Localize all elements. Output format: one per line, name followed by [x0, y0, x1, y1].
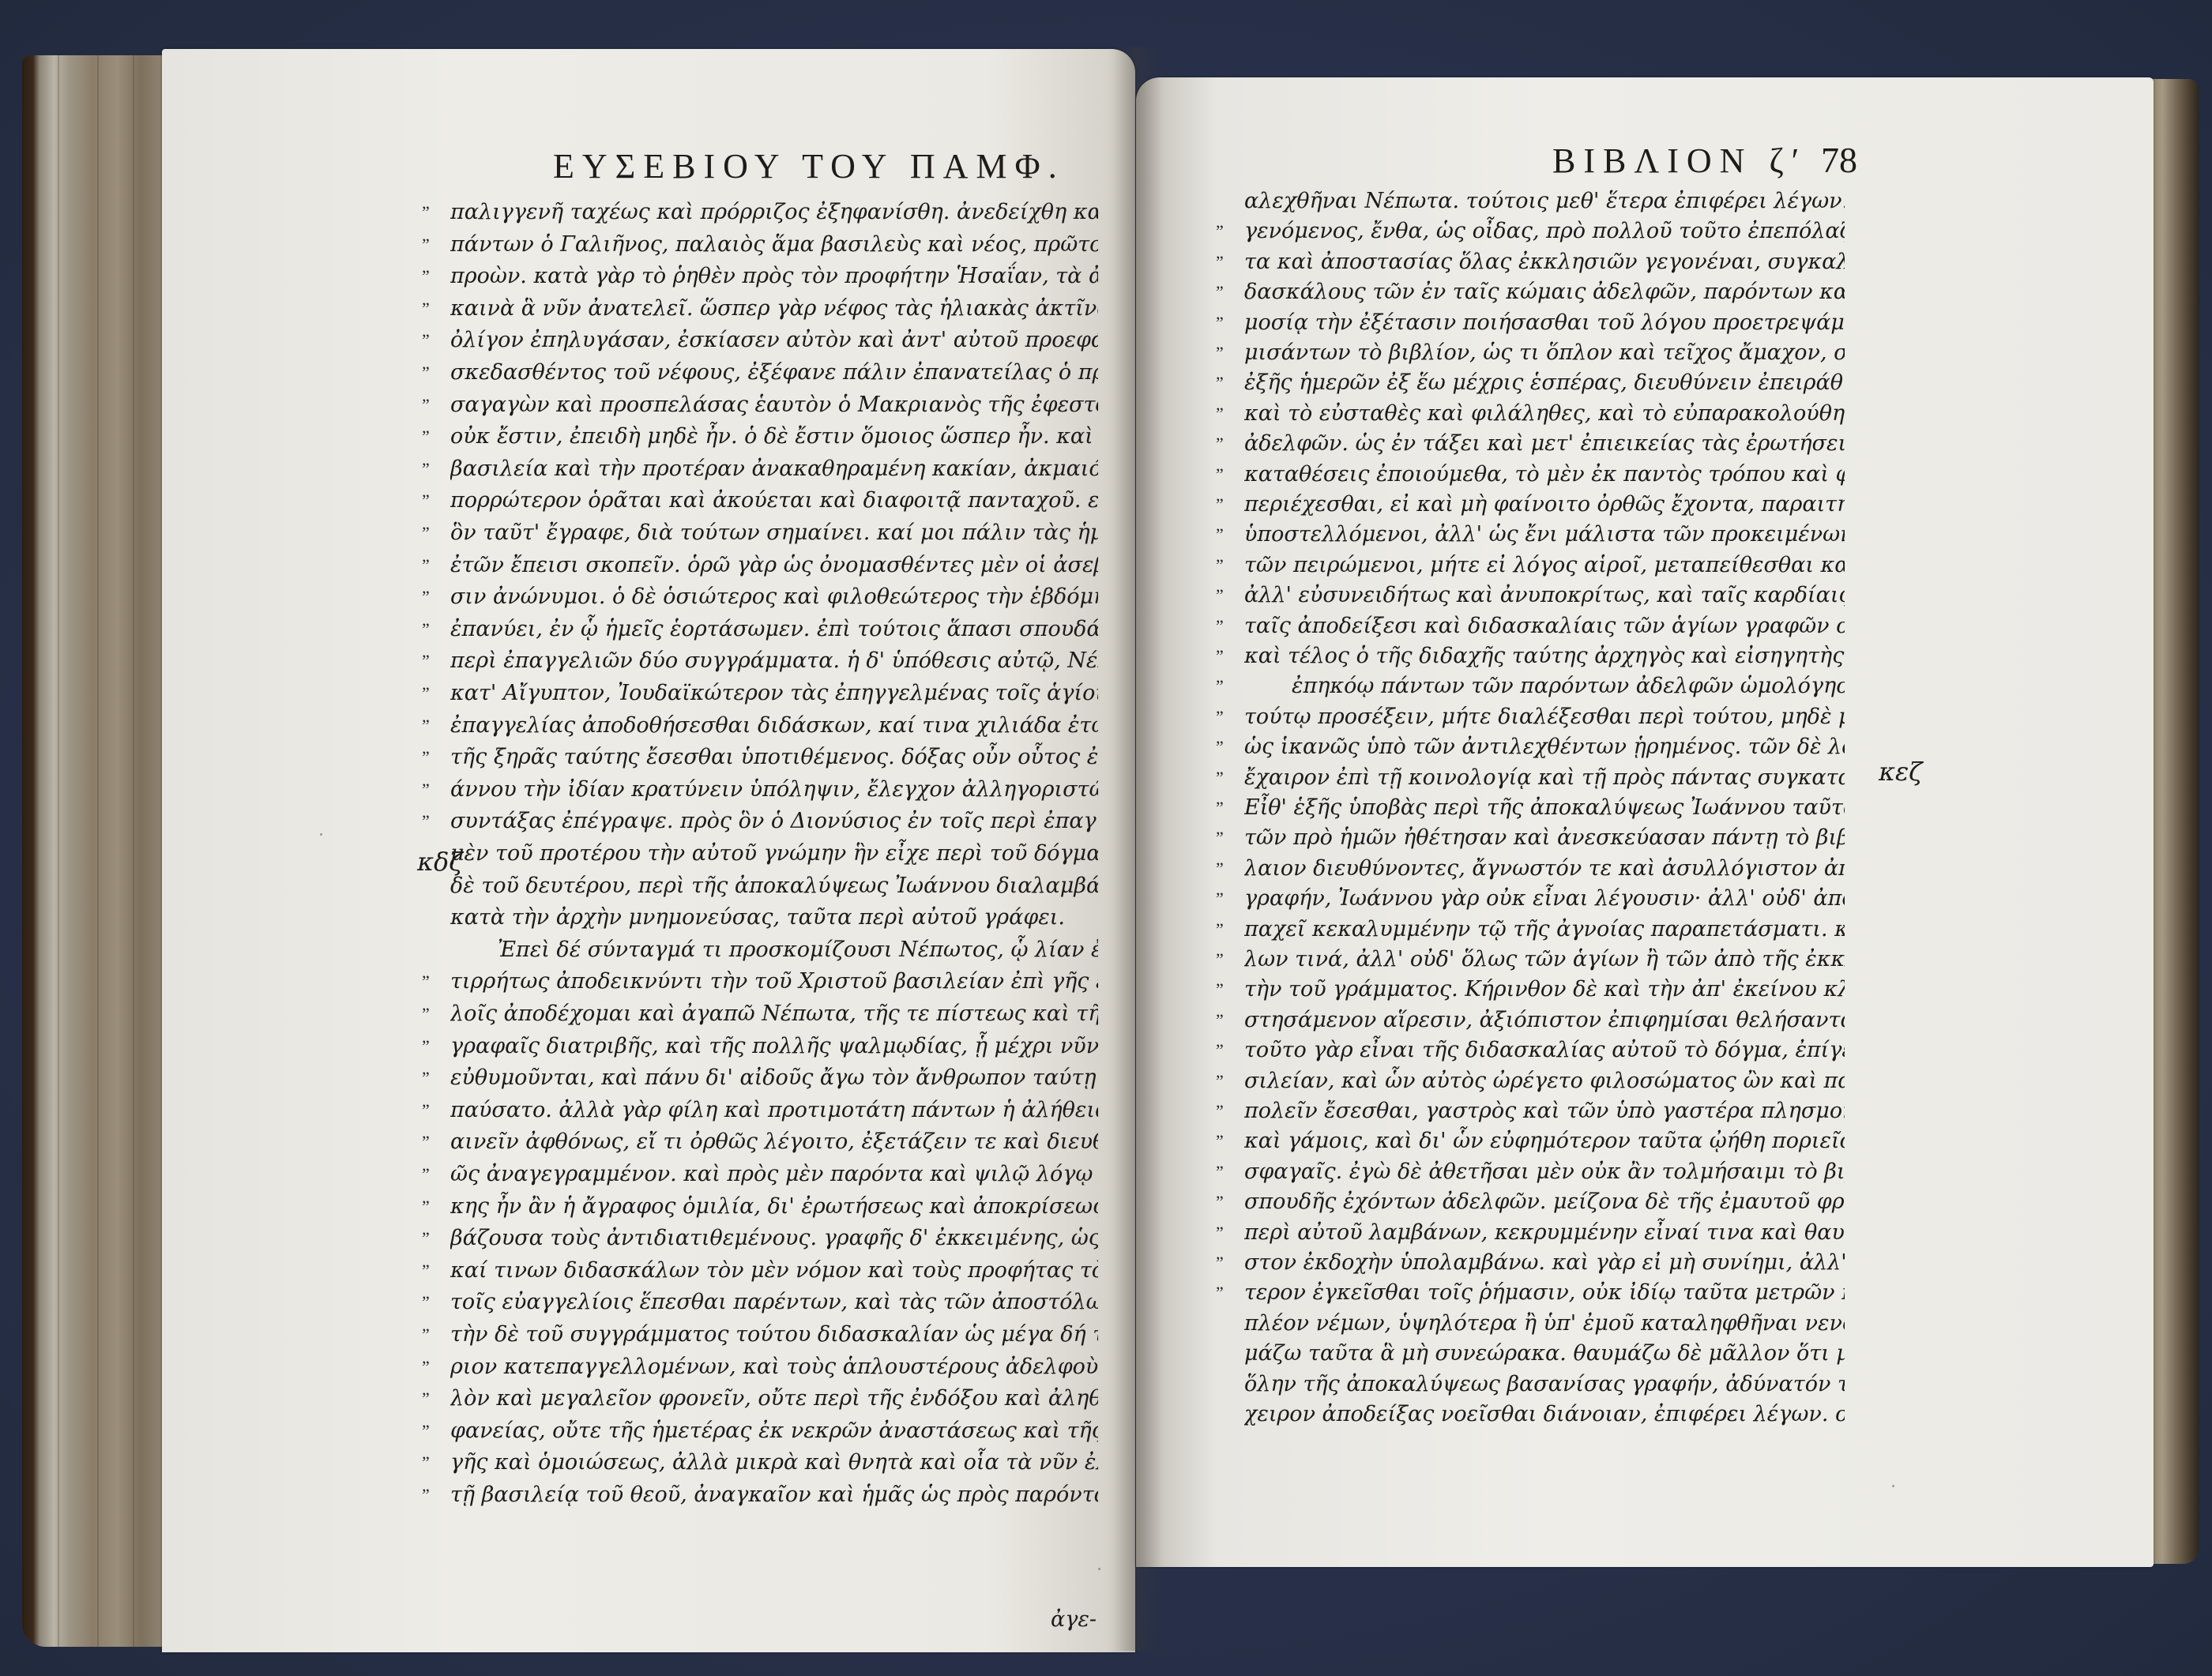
quotation-mark-icon: ” — [1216, 1278, 1224, 1308]
quotation-mark-icon: ” — [1216, 368, 1224, 398]
quotation-mark-icon: ” — [1216, 611, 1224, 641]
text-line: βάζουσα τοὺς ἀντιδιατιθεμένους. γραφῆς δ… — [450, 1223, 1098, 1253]
text-line: σαγαγὼν καὶ προσπελάσας ἑαυτὸν ὁ Μακριαν… — [450, 390, 1098, 420]
quotation-mark-icon: ” — [422, 775, 430, 805]
text-line: ἀδελφῶν. ὡς ἐν τάξει καὶ μετ' ἐπιεικείας… — [1244, 429, 1845, 459]
text-line: ταῖς ἀποδείξεσι καὶ διδασκαλίαις τῶν ἁγί… — [1244, 611, 1845, 641]
quotation-mark-icon: ” — [1216, 429, 1224, 459]
quotation-mark-icon: ” — [422, 261, 430, 291]
text-line: περιέχεσθαι, εἰ καὶ μὴ φαίνοιτο ὀρθῶς ἔχ… — [1244, 490, 1845, 520]
quotation-mark-icon: ” — [422, 1063, 430, 1093]
quotation-mark-icon: ” — [1216, 1157, 1224, 1187]
text-line: τῆς ξηρᾶς ταύτης ἔσεσθαι ὑποτιθέμενος. δ… — [450, 742, 1098, 772]
quotation-mark-icon: ” — [1216, 945, 1224, 975]
text-line: ριον κατεπαγγελλομένων, καὶ τοὺς ἁπλουστ… — [450, 1352, 1098, 1382]
text-line: μισάντων τὸ βιβλίον, ὡς τι ὅπλον καὶ τεῖ… — [1244, 338, 1845, 368]
quotation-mark-icon: ” — [1216, 1096, 1224, 1126]
text-line: περὶ ἐπαγγελιῶν δύο συγγράμματα. ἡ δ' ὑπ… — [450, 646, 1098, 676]
quotation-mark-icon: ” — [422, 1480, 430, 1510]
text-line: τῇ βασιλείᾳ τοῦ θεοῦ, ἀναγκαῖον καὶ ἡμᾶς… — [450, 1480, 1098, 1510]
text-line: σπουδῆς ἐχόντων ἀδελφῶν. μείζονα δὲ τῆς … — [1244, 1187, 1845, 1217]
quotation-mark-icon: ” — [1216, 1035, 1224, 1065]
text-line: ἐπανύει, ἐν ᾧ ἡμεῖς ἑορτάσωμεν. ἐπὶ τούτ… — [450, 614, 1098, 644]
paper-speck — [320, 833, 322, 836]
text-line: μὲν τοῦ προτέρου τὴν αὐτοῦ γνώμην ἣν εἶχ… — [450, 839, 1098, 869]
text-line: τὴν τοῦ γράμματος. Κήρινθον δὲ καὶ τὴν ἀ… — [1244, 975, 1845, 1005]
text-line: ὅλην τῆς ἀποκαλύψεως βασανίσας γραφήν, ἀ… — [1244, 1370, 1845, 1400]
left-running-head: ΕΥΣΕΒΙΟΥ ΤΟΥ ΠΑΜΦ. — [553, 146, 1065, 186]
quotation-mark-icon: ” — [422, 454, 430, 484]
quotation-mark-icon: ” — [1216, 216, 1224, 246]
right-text-block: αλεχθῆναι Νέπωτα. τούτοις μεθ' ἕτερα ἐπι… — [1244, 186, 1845, 1450]
text-line: λὸν καὶ μεγαλεῖον φρονεῖν, οὔτε περὶ τῆς… — [450, 1384, 1098, 1414]
quotation-mark-icon: ” — [422, 551, 430, 581]
quotation-mark-icon: ” — [422, 967, 430, 997]
text-line: στον ἐκδοχὴν ὑπολαμβάνω. καὶ γὰρ εἰ μὴ σ… — [1244, 1248, 1845, 1278]
quotation-mark-icon: ” — [422, 518, 430, 548]
text-line: λων τινά, ἀλλ' οὐδ' ὅλως τῶν ἁγίων ἢ τῶν… — [1244, 945, 1845, 975]
quotation-mark-icon: ” — [422, 1192, 430, 1222]
quotation-mark-icon: ” — [1216, 1187, 1224, 1217]
text-line: παχεῖ κεκαλυμμένην τῷ τῆς ἀγνοίας παραπε… — [1244, 915, 1845, 945]
quotation-mark-icon: ” — [1216, 581, 1224, 611]
quotation-mark-icon: ” — [422, 582, 430, 612]
text-line: φανείας, οὔτε τῆς ἡμετέρας ἐκ νεκρῶν ἀνα… — [450, 1416, 1098, 1446]
text-line: σιν ἀνώνυμοι. ὁ δὲ ὁσιώτερος καὶ φιλοθεώ… — [450, 582, 1098, 612]
text-line: στησάμενον αἵρεσιν, ἀξιόπιστον ἐπιφημίσα… — [1244, 1005, 1845, 1035]
right-fore-edge — [2150, 79, 2199, 1564]
quotation-mark-icon: ” — [1216, 1005, 1224, 1035]
quotation-mark-icon: ” — [422, 614, 430, 644]
text-line: ὀλίγον ἐπηλυγάσαν, ἐσκίασεν αὐτὸν καὶ ἀν… — [450, 325, 1098, 355]
text-line: καὶ γάμοις, καὶ δι' ὧν εὐφημότερον ταῦτα… — [1244, 1126, 1845, 1156]
gutter — [1114, 47, 1161, 1651]
left-text-block: παλιγγενῆ ταχέως καὶ πρόρριζος ἐξηφανίσθ… — [450, 197, 1098, 1619]
quotation-mark-icon: ” — [1216, 520, 1224, 550]
text-line: ἀλλ' εὐσυνειδήτως καὶ ἀνυποκρίτως, καὶ τ… — [1244, 581, 1845, 611]
quotation-mark-icon: ” — [422, 197, 430, 227]
quotation-mark-icon: ” — [1216, 338, 1224, 368]
quotation-mark-icon: ” — [422, 486, 430, 516]
text-line: προὼν. κατὰ γὰρ τὸ ῥηθὲν πρὸς τὸν προφήτ… — [450, 261, 1098, 291]
text-line: σιλείαν, καὶ ὧν αὐτὸς ὠρέγετο φιλοσώματο… — [1244, 1066, 1845, 1096]
quotation-mark-icon: ” — [1216, 551, 1224, 581]
quotation-mark-icon: ” — [422, 678, 430, 708]
text-line: τιρρήτως ἀποδεικνύντι τὴν τοῦ Χριστοῦ βα… — [450, 967, 1098, 997]
text-line: ἐπαγγελίας ἀποδοθήσεσθαι διδάσκων, καί τ… — [450, 711, 1098, 741]
quotation-mark-icon: ” — [422, 1320, 430, 1350]
quotation-mark-icon: ” — [1216, 1066, 1224, 1096]
text-line: τερον ἐγκεῖσθαι τοῖς ῥήμασιν, οὐκ ἰδίῳ τ… — [1244, 1278, 1845, 1308]
quotation-mark-icon: ” — [1216, 884, 1224, 914]
text-line: τὴν δὲ τοῦ συγγράμματος τούτου διδασκαλί… — [450, 1320, 1098, 1350]
quotation-mark-icon: ” — [422, 1352, 430, 1382]
quotation-mark-icon: ” — [422, 1287, 430, 1317]
text-line: γενόμενος, ἔνθα, ὡς οἶδας, πρὸ πολλοῦ το… — [1244, 216, 1845, 246]
quotation-mark-icon: ” — [1216, 975, 1224, 1005]
quotation-mark-icon: ” — [1216, 1248, 1224, 1278]
quotation-mark-icon: ” — [422, 294, 430, 324]
quotation-mark-icon: ” — [1216, 854, 1224, 884]
text-line: οὐκ ἔστιν, ἐπειδὴ μηδὲ ἦν. ὁ δὲ ἔστιν ὅμ… — [450, 422, 1098, 452]
text-line: γῆς καὶ ὁμοιώσεως, ἀλλὰ μικρὰ καὶ θνητὰ … — [450, 1448, 1098, 1478]
text-line: τούτῳ προσέξειν, μήτε διαλέξεσθαι περὶ τ… — [1244, 702, 1845, 732]
text-line: ἐξῆς ἡμερῶν ἐξ ἕω μέχρις ἑσπέρας, διευθύ… — [1244, 368, 1845, 398]
text-line: πορρώτερον ὁρᾶται καὶ ἀκούεται καὶ διαφο… — [450, 486, 1098, 516]
quotation-mark-icon: ” — [422, 646, 430, 676]
paper-speck — [1098, 1568, 1100, 1570]
quotation-mark-icon: ” — [422, 1416, 430, 1446]
quotation-mark-icon: ” — [422, 742, 430, 772]
text-line: λαιον διευθύνοντες, ἄγνωστόν τε καὶ ἀσυλ… — [1244, 854, 1845, 884]
right-margin-note: κεζ — [1879, 757, 1923, 787]
text-line: γραφαῖς διατριβῆς, καὶ τῆς πολλῆς ψαλμῳδ… — [450, 1032, 1098, 1062]
text-line: τῶν πρὸ ἡμῶν ἠθέτησαν καὶ ἀνεσκεύασαν πά… — [1244, 823, 1845, 853]
quotation-mark-icon: ” — [1216, 247, 1224, 277]
text-line: κατὰ τὴν ἀρχὴν μνημονεύσας, ταῦτα περὶ α… — [450, 903, 1098, 933]
text-line: τοῖς εὐαγγελίοις ἕπεσθαι παρέντων, καὶ τ… — [450, 1287, 1098, 1317]
text-line: περὶ αὐτοῦ λαμβάνων, κεκρυμμένην εἶναί τ… — [1244, 1218, 1845, 1248]
quotation-mark-icon: ” — [1216, 308, 1224, 338]
text-line: πλέον νέμων, ὑψηλότερα ἢ ὑπ' ἐμοῦ καταλη… — [1244, 1309, 1845, 1339]
quotation-mark-icon: ” — [422, 1095, 430, 1125]
quotation-mark-icon: ” — [422, 358, 430, 388]
text-line: ὑποστελλόμενοι, ἀλλ' ὡς ἔνι μάλιστα τῶν … — [1244, 520, 1845, 550]
text-line: ὃν ταῦτ' ἔγραφε, διὰ τούτων σημαίνει. κα… — [450, 518, 1098, 548]
quotation-mark-icon: ” — [1216, 793, 1224, 823]
text-line: μάζω ταῦτα ἃ μὴ συνεώρακα. θαυμάζω δὲ μᾶ… — [1244, 1339, 1845, 1369]
text-line: βασιλεία καὶ τὴν προτέραν ἀνακαθηραμένη … — [450, 454, 1098, 484]
text-line: παύσατο. ἀλλὰ γὰρ φίλη καὶ προτιμοτάτη π… — [450, 1095, 1098, 1125]
paper-speck — [1892, 1485, 1894, 1487]
left-margin-note: κδζ — [417, 847, 463, 877]
text-line: Ἐπεὶ δέ σύνταγμά τι προσκομίζουσι Νέπωτο… — [450, 935, 1098, 965]
text-line: ῶς ἀναγεγραμμένον. καὶ πρὸς μὲν παρόντα … — [450, 1159, 1098, 1189]
text-line: κατ' Αἴγυπτον, Ἰουδαϊκώτερον τὰς ἐπηγγελ… — [450, 678, 1098, 708]
quotation-mark-icon: ” — [422, 1448, 430, 1478]
quotation-mark-icon: ” — [1216, 732, 1224, 762]
quotation-mark-icon: ” — [422, 390, 430, 420]
catchword: ἀγε- — [1051, 1607, 1097, 1632]
quotation-mark-icon: ” — [1216, 277, 1224, 307]
quotation-mark-icon: ” — [422, 1127, 430, 1157]
text-line: καὶ τὸ εὐσταθὲς καὶ φιλάληθες, καὶ τὸ εὐ… — [1244, 399, 1845, 429]
text-line: καὶ τέλος ὁ τῆς διδαχῆς ταύτης ἀρχηγὸς κ… — [1244, 641, 1845, 671]
text-line: ἐπηκόῳ πάντων τῶν παρόντων ἀδελφῶν ὡμολό… — [1244, 671, 1845, 701]
text-line: άννου τὴν ἰδίαν κρατύνειν ὑπόληψιν, ἔλεγ… — [450, 775, 1098, 805]
quotation-mark-icon: ” — [1216, 763, 1224, 793]
text-line: καταθέσεις ἐποιούμεθα, τὸ μὲν ἐκ παντὸς … — [1244, 460, 1845, 490]
quotation-mark-icon: ” — [1216, 1126, 1224, 1156]
quotation-mark-icon: ” — [422, 806, 430, 836]
text-line: κης ἦν ἂν ἡ ἄγραφος ὁμιλία, δι' ἐρωτήσεω… — [450, 1192, 1098, 1222]
text-line: δὲ τοῦ δευτέρου, περὶ τῆς ἀποκαλύψεως Ἰω… — [450, 871, 1098, 901]
text-line: αλεχθῆναι Νέπωτα. τούτοις μεθ' ἕτερα ἐπι… — [1244, 186, 1845, 216]
quotation-mark-icon: ” — [422, 999, 430, 1029]
text-line: καινὰ ἃ νῦν ἀνατελεῖ. ὥσπερ γὰρ νέφος τὰ… — [450, 294, 1098, 324]
quotation-mark-icon: ” — [422, 230, 430, 260]
text-line: πάντων ὁ Γαλιῆνος, παλαιὸς ἅμα βασιλεὺς … — [450, 230, 1098, 260]
text-line: σκεδασθέντος τοῦ νέφους, ἐξέφανε πάλιν ἐ… — [450, 358, 1098, 388]
text-line: εὐθυμοῦνται, καὶ πάνυ δι' αἰδοῦς ἄγω τὸν… — [450, 1063, 1098, 1093]
text-line: ἔχαιρον ἐπὶ τῇ κοινολογίᾳ καὶ τῇ πρὸς πά… — [1244, 763, 1845, 793]
text-line: γραφήν, Ἰωάννου γὰρ οὐκ εἶναι λέγουσιν· … — [1244, 884, 1845, 914]
text-line: σφαγαῖς. ἐγὼ δὲ ἀθετῆσαι μὲν οὐκ ἂν τολμ… — [1244, 1157, 1845, 1187]
quotation-mark-icon: ” — [1216, 702, 1224, 732]
quotation-mark-icon: ” — [1216, 915, 1224, 945]
quotation-mark-icon: ” — [422, 711, 430, 741]
text-line: ὡς ἱκανῶς ὑπὸ τῶν ἀντιλεχθέντων ᾑρημένος… — [1244, 732, 1845, 762]
text-line: αινεῖν ἀφθόνως, εἴ τι ὀρθῶς λέγοιτο, ἐξε… — [450, 1127, 1098, 1157]
quotation-mark-icon: ” — [422, 1223, 430, 1253]
page-number: 78 — [1821, 139, 1857, 181]
left-fore-edge — [22, 55, 172, 1647]
text-line: δασκάλους τῶν ἐν ταῖς κώμαις ἀδελφῶν, πα… — [1244, 277, 1845, 307]
text-line: ἐτῶν ἔπεισι σκοπεῖν. ὁρῶ γὰρ ὡς ὀνομασθέ… — [450, 551, 1098, 581]
text-line: καί τινων διδασκάλων τὸν μὲν νόμον καὶ τ… — [450, 1256, 1098, 1286]
quotation-mark-icon: ” — [422, 1256, 430, 1286]
quotation-mark-icon: ” — [422, 325, 430, 355]
quotation-mark-icon: ” — [1216, 490, 1224, 520]
quotation-mark-icon: ” — [1216, 1218, 1224, 1248]
text-line: πολεῖν ἔσεσθαι, γαστρὸς καὶ τῶν ὑπὸ γαστ… — [1244, 1096, 1845, 1126]
quotation-mark-icon: ” — [1216, 823, 1224, 853]
text-line: τοῦτο γὰρ εἶναι τῆς διδασκαλίας αὐτοῦ τὸ… — [1244, 1035, 1845, 1065]
quotation-mark-icon: ” — [1216, 641, 1224, 671]
quotation-mark-icon: ” — [422, 1384, 430, 1414]
text-line: τα καὶ ἀποστασίας ὅλας ἐκκλησιῶν γεγονέν… — [1244, 247, 1845, 277]
quotation-mark-icon: ” — [422, 422, 430, 452]
text-line: παλιγγενῆ ταχέως καὶ πρόρριζος ἐξηφανίσθ… — [450, 197, 1098, 227]
text-line: λοῖς ἀποδέχομαι καὶ ἀγαπῶ Νέπωτα, τῆς τε… — [450, 999, 1098, 1029]
quotation-mark-icon: ” — [422, 1159, 430, 1189]
right-running-head: ΒΙΒΛΙΟΝ ζʹ — [1552, 141, 1807, 181]
quotation-mark-icon: ” — [1216, 671, 1224, 701]
quotation-mark-icon: ” — [1216, 399, 1224, 429]
text-line: χειρον ἀποδείξας νοεῖσθαι διάνοιαν, ἐπιφ… — [1244, 1400, 1845, 1430]
quotation-mark-icon: ” — [1216, 460, 1224, 490]
text-line: συντάξας ἐπέγραψε. πρὸς ὃν ὁ Διονύσιος ἐ… — [450, 806, 1098, 836]
quotation-mark-icon: ” — [422, 1032, 430, 1062]
text-line: μοσίᾳ τὴν ἐξέτασιν ποιήσασθαι τοῦ λόγου … — [1244, 308, 1845, 338]
text-line: τῶν πειρώμενοι, μήτε εἰ λόγος αἱροῖ, μετ… — [1244, 551, 1845, 581]
text-line: Εἶθ' ἑξῆς ὑποβὰς περὶ τῆς ἀποκαλύψεως Ἰω… — [1244, 793, 1845, 823]
